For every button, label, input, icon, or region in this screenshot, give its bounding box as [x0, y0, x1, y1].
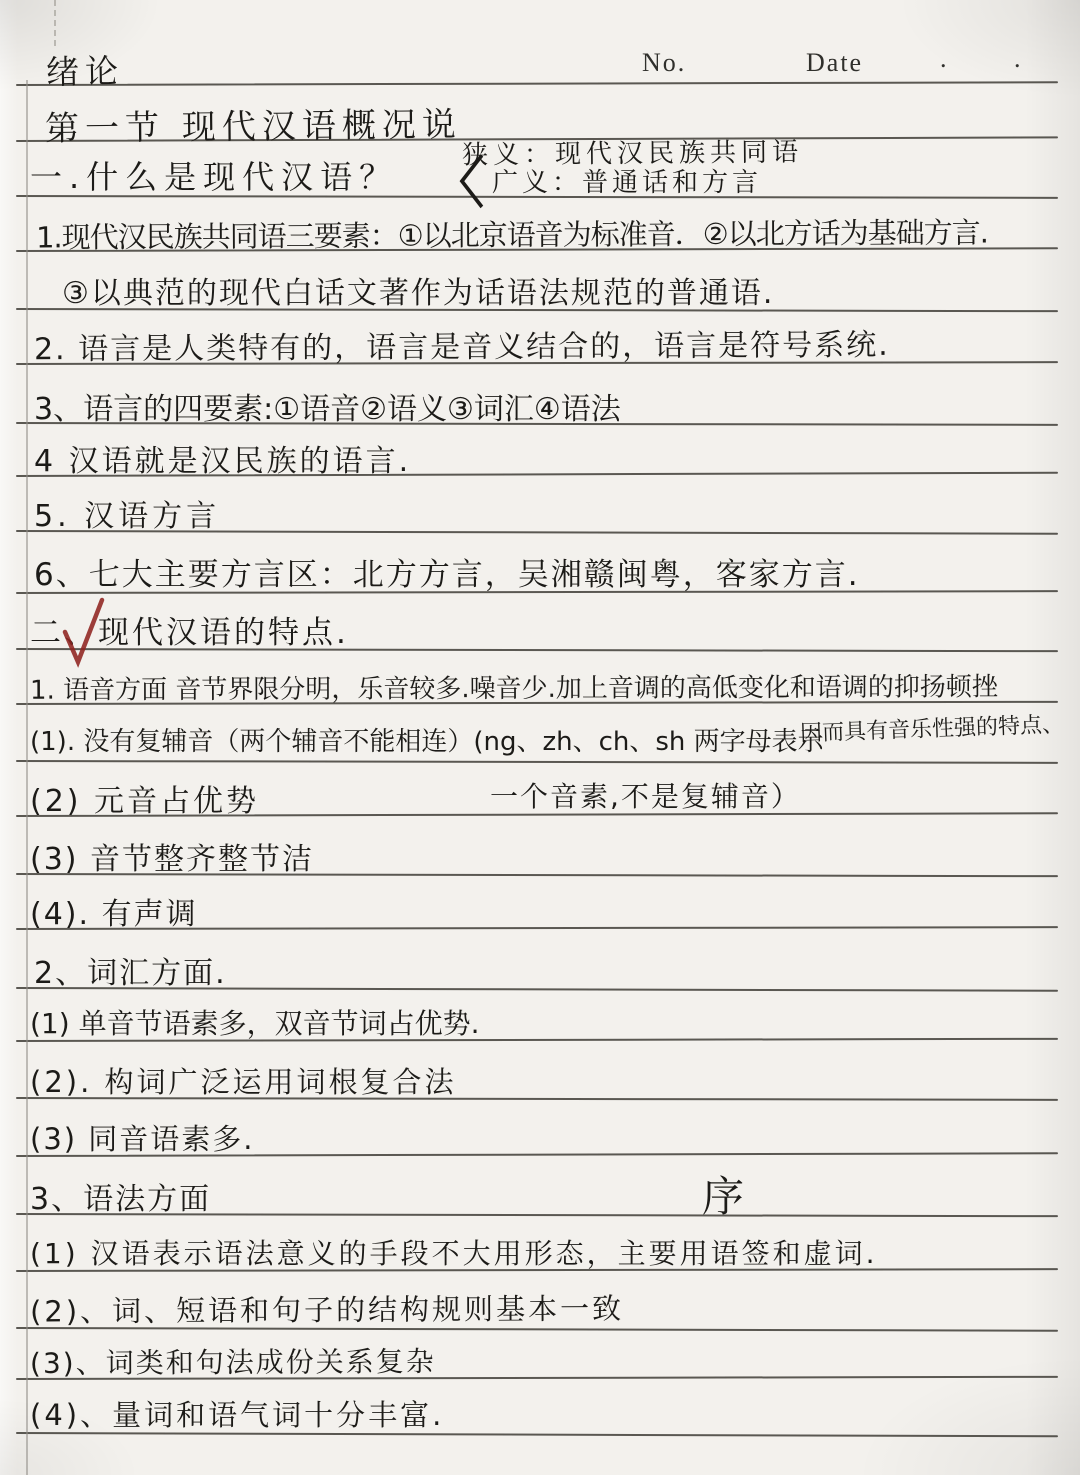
broad-sense-note: 广义：普通话和方言	[492, 162, 762, 199]
header-date-label: Date	[806, 48, 863, 78]
handwritten-line: (2). 构词广泛运用词根复合法	[30, 1060, 457, 1101]
handwritten-line: (3) 同音语素多.	[30, 1117, 255, 1158]
handwritten-line: (1) 汉语表示语法意义的手段不大用形态，主要用语签和虚词.	[30, 1232, 877, 1272]
parenthesis-continuation: 一个音素,不是复辅音）	[490, 775, 801, 815]
handwritten-line: (1). 没有复辅音（两个辅音不能相连）(ng、zh、ch、sh 两字母表示	[30, 721, 824, 758]
handwritten-line: 1.现代汉民族共同语三要素：①以北京语音为标准音．②以北方话为基础方言.	[36, 211, 988, 257]
header-no-label: No.	[642, 48, 686, 78]
handwritten-line: 2、词汇方面.	[34, 948, 227, 992]
red-checkmark-icon	[58, 596, 108, 672]
handwritten-line: (2)、词、短语和句子的结构规则基本一致	[30, 1286, 624, 1330]
handwritten-line: (3) 音节整齐整节洁	[30, 834, 314, 878]
margin-note: 因而具有音乐性强的特点、	[800, 707, 1065, 747]
handwritten-line: 2. 语言是人类特有的，语言是音义结合的，语言是符号系统.	[34, 320, 890, 368]
handwritten-line: (4)、量词和语气词十分丰富.	[30, 1393, 444, 1434]
handwritten-line: (4). 有声调	[30, 889, 198, 933]
header-dot-1: .	[940, 44, 949, 74]
ruled-line	[16, 81, 1058, 86]
ruled-line	[16, 760, 1058, 764]
handwritten-line: 3、语法方面	[30, 1174, 211, 1218]
header-dot-2: .	[1014, 44, 1023, 74]
left-margin-edge	[26, 80, 28, 1475]
handwritten-line: 3、语言的四要素:①语音②语义③词汇④语法	[34, 384, 621, 428]
inserted-correction-char: 序	[702, 1164, 744, 1224]
page-title: 绪论	[46, 45, 125, 93]
handwritten-line: 4 汉语就是汉民族的语言.	[34, 436, 411, 480]
handwritten-line: (1) 单音节语素多，双音节词占优势.	[30, 1002, 479, 1042]
handwritten-line: 5. 汉语方言	[34, 491, 220, 535]
handwritten-line: 一.什么是现代汉语？	[30, 152, 398, 198]
fold-mark	[54, 0, 56, 46]
handwritten-line: (2) 元音占优势	[30, 776, 259, 820]
notebook-page: No. Date . . 绪论 第一节 现代汉语概况说 一.什么是现代汉语？ 1…	[0, 0, 1080, 1475]
handwritten-line: 1. 语音方面 音节界限分明，乐音较多.噪音少.加上音调的高低变化和语调的抑扬顿…	[30, 666, 998, 706]
handwritten-line: ③以典范的现代白话文著作为话语法规范的普通语.	[62, 268, 774, 312]
handwritten-line: (3)、词类和句法成份关系复杂	[30, 1340, 436, 1382]
handwritten-line: 6、七大主要方言区：北方方言，吴湘赣闽粤，客家方言.	[34, 549, 860, 594]
section-heading: 第一节 现代汉语概况说	[45, 97, 462, 150]
